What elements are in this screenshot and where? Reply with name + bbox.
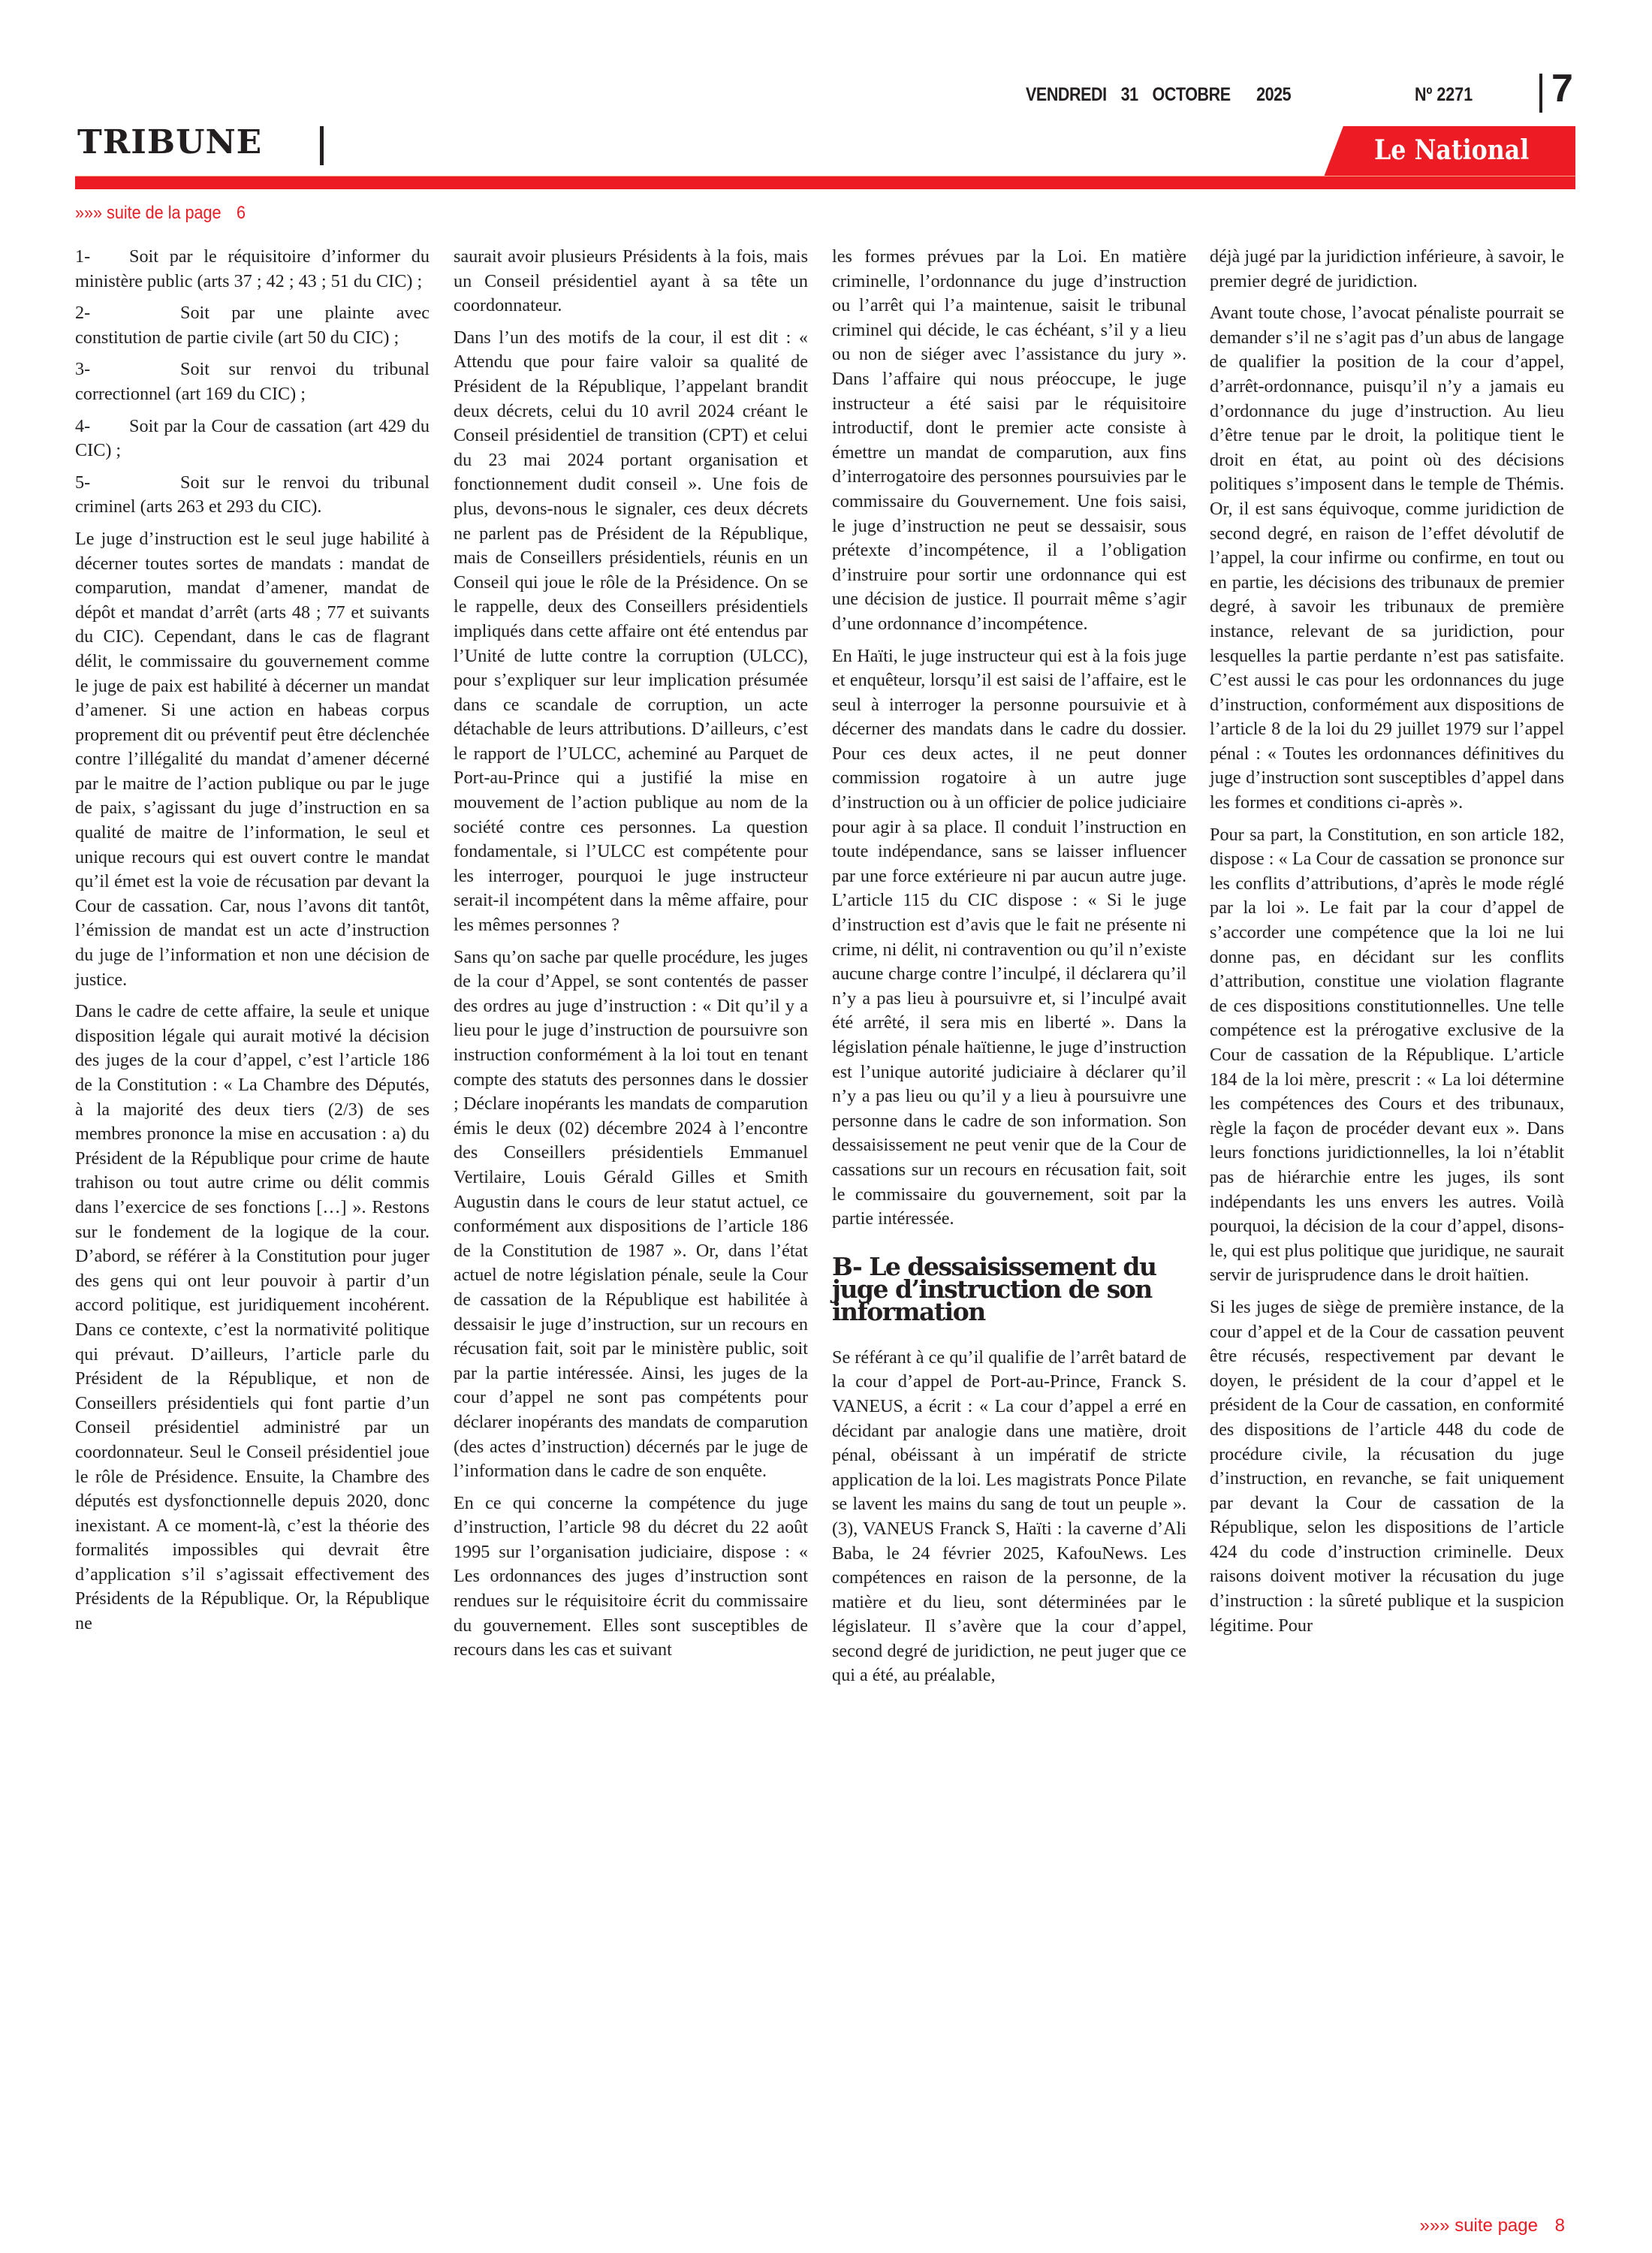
issue-month: OCTOBRE xyxy=(1153,84,1231,106)
paragraph: Dans le cadre de cette affaire, la seule… xyxy=(75,1000,430,1636)
continued-from-label: suite de la page xyxy=(107,203,222,223)
article-column-4: déjà jugé par la juridiction inférieure,… xyxy=(1210,245,1564,1645)
article-column-2: saurait avoir plusieurs Présidents à la … xyxy=(454,245,808,1670)
paragraph: Pour sa part, la Constitution, en son ar… xyxy=(1210,823,1564,1288)
issue-number: Nº 2271 xyxy=(1415,84,1473,106)
section-title-divider xyxy=(320,126,324,165)
page-number: 7 xyxy=(1551,69,1573,108)
newspaper-logo: Le National xyxy=(1374,131,1529,169)
paragraph: En Haïti, le juge instructeur qui est à … xyxy=(832,644,1186,1232)
issue-weekday: VENDREDI xyxy=(1026,84,1107,106)
list-number: 2- xyxy=(75,301,180,326)
paragraph: Si les juges de siège de première instan… xyxy=(1210,1295,1564,1638)
continued-from-page: 6 xyxy=(237,203,246,223)
issue-date: VENDREDI 31 OCTOBRE 2025 xyxy=(1026,84,1291,106)
issue-year: 2025 xyxy=(1256,84,1291,106)
list-item: 4-Soit par la Cour de cassation (art 429… xyxy=(75,415,430,463)
list-item: 1-Soit par le réquisitoire d’informer du… xyxy=(75,245,430,294)
paragraph: déjà jugé par la juridiction inférieure,… xyxy=(1210,245,1564,294)
list-item: 2-Soit par une plainte avec constitution… xyxy=(75,301,430,350)
continued-from-link[interactable]: »»» suite de la page 6 xyxy=(75,203,246,224)
chevrons-icon: »»» xyxy=(75,203,102,223)
header-rule xyxy=(75,176,1575,189)
list-number: 5- xyxy=(75,471,180,496)
paragraph: Avant toute chose, l’avocat pénaliste po… xyxy=(1210,301,1564,815)
paragraph: saurait avoir plusieurs Présidents à la … xyxy=(454,245,808,318)
continued-to-label: suite page xyxy=(1455,2215,1538,2236)
list-item: 3-Soit sur renvoi du tribunal correction… xyxy=(75,357,430,406)
paragraph: Sans qu’on sache par quelle procédure, l… xyxy=(454,946,808,1484)
page-number-divider xyxy=(1539,74,1542,113)
chevrons-icon: »»» xyxy=(1419,2215,1449,2236)
continued-to-link[interactable]: »»» suite page 8 xyxy=(1377,2215,1565,2236)
list-number: 1- xyxy=(75,245,129,270)
list-number: 4- xyxy=(75,415,129,439)
issue-day: 31 xyxy=(1121,84,1138,106)
paragraph: En ce qui concerne la compétence du juge… xyxy=(454,1491,808,1663)
paragraph: Se référant à ce qu’il qualifie de l’arr… xyxy=(832,1346,1186,1688)
section-title: TRIBUNE xyxy=(77,122,262,164)
subheading: B- Le dessaisissement du juge d’instruct… xyxy=(832,1256,1186,1323)
paragraph: Le juge d’instruction est le seul juge h… xyxy=(75,527,430,992)
continued-to-page: 8 xyxy=(1555,2215,1565,2236)
paragraph: les formes prévues par la Loi. En matièr… xyxy=(832,245,1186,637)
article-column-1: 1-Soit par le réquisitoire d’informer du… xyxy=(75,245,430,1644)
article-column-3: les formes prévues par la Loi. En matièr… xyxy=(832,245,1186,1696)
list-number: 3- xyxy=(75,357,180,382)
list-item: 5-Soit sur le renvoi du tribunal crimine… xyxy=(75,471,430,520)
paragraph: Dans l’un des motifs de la cour, il est … xyxy=(454,326,808,938)
